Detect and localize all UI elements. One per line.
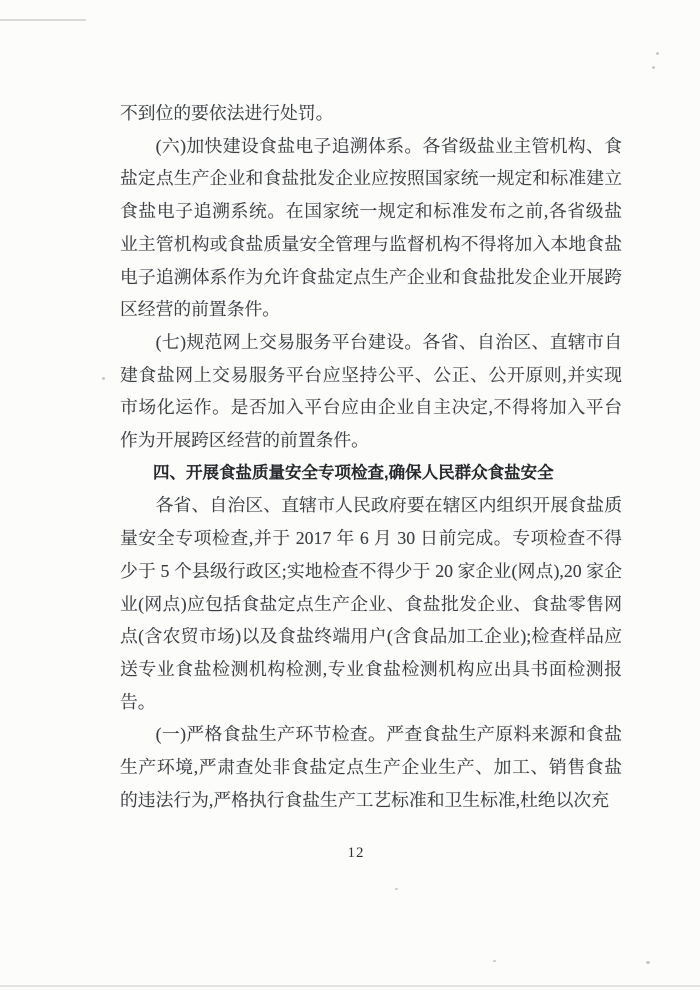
section-heading-4: 四、开展食盐质量安全专项检查,确保人民群众食盐安全 [120,457,622,490]
scan-speck [646,961,650,964]
page-number: 12 [0,845,700,862]
scanned-document-page: 不到位的要依法进行处罚。 (六)加快建设食盐电子追溯体系。各省级盐业主管机构、食… [0,0,700,990]
scan-speck [656,52,659,55]
scan-speck [493,960,496,962]
scan-artifact-top-line [0,19,86,21]
body-paragraph-inspection: 各省、自治区、直辖市人民政府要在辖区内组织开展食盐质量安全专项检查,并于 201… [120,489,622,718]
body-paragraph-item-6: (六)加快建设食盐电子追溯体系。各省级盐业主管机构、食盐定点生产企业和食盐批发企… [120,130,622,326]
body-paragraph-item-7: (七)规范网上交易服务平台建设。各省、自治区、直辖市自建食盐网上交易服务平台应坚… [120,326,622,457]
body-paragraph-continuation: 不到位的要依法进行处罚。 [120,97,622,130]
scan-speck [395,888,398,890]
scan-artifact-bottom-line [0,985,700,987]
scan-speck [102,377,105,380]
document-body: 不到位的要依法进行处罚。 (六)加快建设食盐电子追溯体系。各省级盐业主管机构、食… [120,97,622,816]
body-paragraph-item-1: (一)严格食盐生产环节检查。严查食盐生产原料来源和食盐生产环境,严肃查处非食盐定… [120,718,622,816]
scan-speck [652,66,655,69]
